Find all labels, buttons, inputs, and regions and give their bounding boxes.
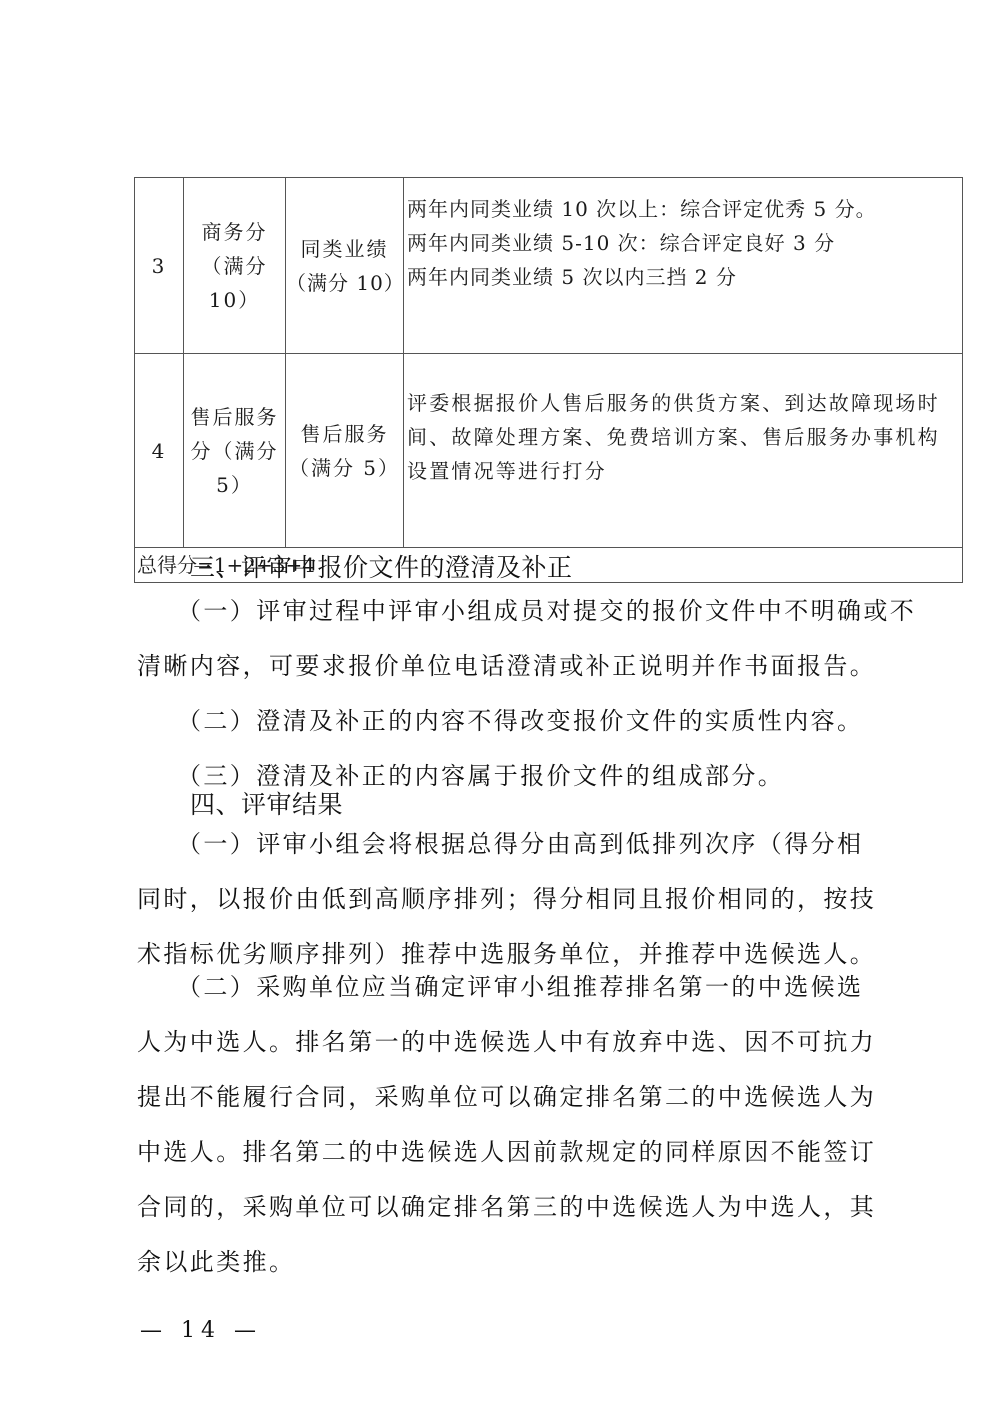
scoring-table: 3 商务分 （满分 10） 同类业绩 （满分 10） 两年内同类业绩 10 次以… (134, 177, 963, 583)
page-number: — 14 — (140, 1318, 262, 1343)
paragraph: （二）采购单位应当确定评审小组推荐排名第一的中选候选 人为中选人。排名第一的中选… (137, 960, 877, 1290)
score-description: 两年内同类业绩 10 次以上：综合评定优秀 5 分。 两年内同类业绩 5-10 … (404, 178, 963, 354)
document-page: 3 商务分 （满分 10） 同类业绩 （满分 10） 两年内同类业绩 10 次以… (0, 0, 1000, 1414)
section-heading: 三、评审中报价文件的澄清及补正 (190, 548, 573, 584)
row-number: 3 (135, 178, 184, 354)
score-category: 商务分 （满分 10） (184, 178, 286, 354)
paragraph: （二）澄清及补正的内容不得改变报价文件的实质性内容。 (137, 694, 877, 749)
paragraph: （一）评审过程中评审小组成员对提交的报价文件中不明确或不 清晰内容，可要求报价单… (137, 584, 877, 694)
paragraph: （一）评审小组会将根据总得分由高到低排列次序（得分相 同时，以报价由低到高顺序排… (137, 817, 877, 982)
score-description: 评委根据报价人售后服务的供货方案、到达故障现场时 间、故障处理方案、免费培训方案… (404, 354, 963, 548)
score-category: 售后服务 分（满分 5） (184, 354, 286, 548)
table-row: 3 商务分 （满分 10） 同类业绩 （满分 10） 两年内同类业绩 10 次以… (135, 178, 963, 354)
score-item: 同类业绩 （满分 10） (286, 178, 404, 354)
score-item: 售后服务 （满分 5） (286, 354, 404, 548)
section-heading: 四、评审结果 (190, 785, 343, 821)
row-number: 4 (135, 354, 184, 548)
table-row: 4 售后服务 分（满分 5） 售后服务 （满分 5） 评委根据报价人售后服务的供… (135, 354, 963, 548)
